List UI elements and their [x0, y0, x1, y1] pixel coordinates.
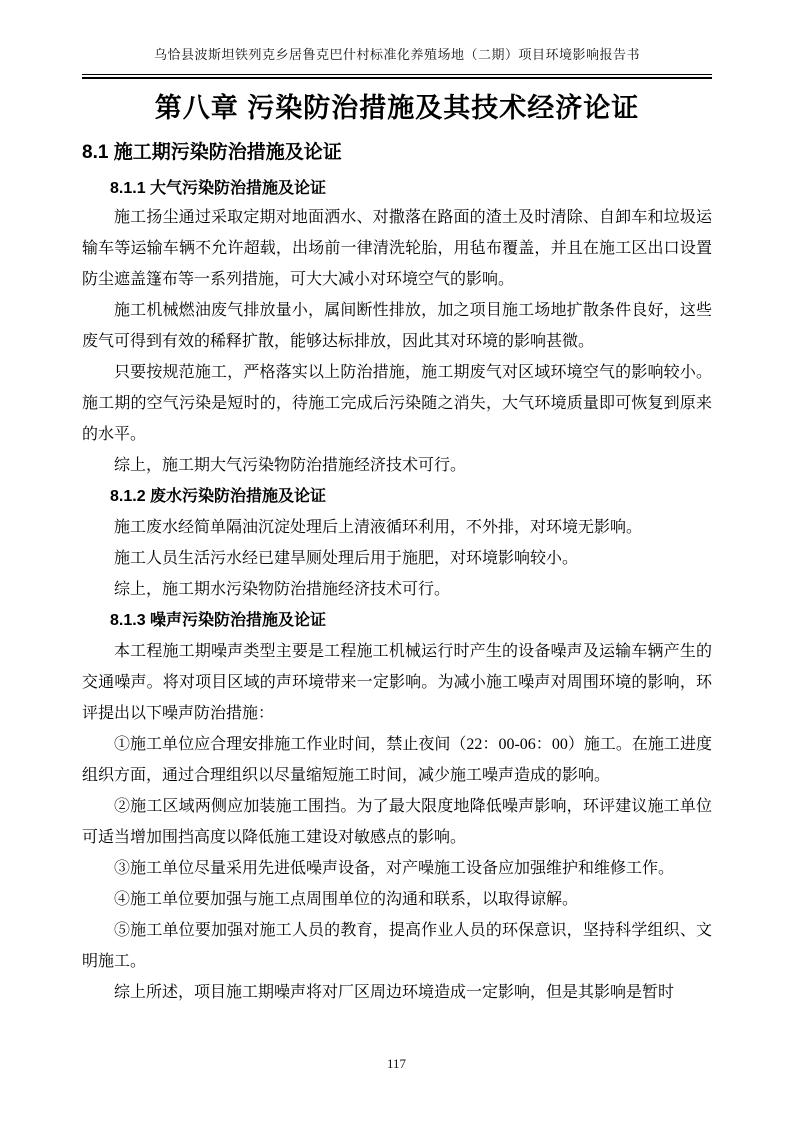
- body-paragraph: 施工扬尘通过采取定期对地面洒水、对撒落在路面的渣土及时清除、自卸车和垃圾运输车等…: [82, 202, 712, 295]
- subsection-heading-8-1-3: 8.1.3 噪声污染防治措施及论证: [110, 605, 712, 636]
- body-paragraph: 本工程施工期噪声类型主要是工程施工机械运行时产生的设备噪声及运输车辆产生的交通噪…: [82, 636, 712, 729]
- page-header: 乌恰县波斯坦铁列克乡居鲁克巴什村标准化养殖场地（二期）项目环境影响报告书: [82, 0, 712, 63]
- section-heading-8-1: 8.1 施工期污染防治措施及论证: [82, 140, 712, 166]
- body-paragraph-item-3: ③施工单位尽量采用先进低噪声设备，对产噪施工设备应加强维护和维修工作。: [82, 853, 712, 884]
- body-paragraph: 综上，施工期大气污染物防治措施经济技术可行。: [82, 450, 712, 481]
- chapter-title: 第八章 污染防治措施及其技术经济论证: [82, 90, 712, 126]
- document-page: 乌恰县波斯坦铁列克乡居鲁克巴什村标准化养殖场地（二期）项目环境影响报告书 第八章…: [0, 0, 793, 1122]
- subsection-heading-8-1-2: 8.1.2 废水污染防治措施及论证: [110, 481, 712, 512]
- page-number: 117: [387, 1056, 406, 1071]
- body-paragraph: 施工废水经简单隔油沉淀处理后上清液循环利用，不外排，对环境无影响。: [82, 512, 712, 543]
- header-double-rule: [82, 74, 712, 79]
- body-paragraph-item-2: ②施工区域两侧应加装施工围挡。为了最大限度地降低噪声影响，环评建议施工单位可适当…: [82, 791, 712, 853]
- body-paragraph: 只要按规范施工，严格落实以上防治措施，施工期废气对区域环境空气的影响较小。施工期…: [82, 357, 712, 450]
- body-paragraph-item-5: ⑤施工单位要加强对施工人员的教育，提高作业人员的环保意识，坚持科学组织、文明施工…: [82, 915, 712, 977]
- body-paragraph: 综上，施工期水污染物防治措施经济技术可行。: [82, 574, 712, 605]
- document-body: 8.1 施工期污染防治措施及论证 8.1.1 大气污染防治措施及论证 施工扬尘通…: [82, 140, 712, 1008]
- body-paragraph: 施工机械燃油废气排放量小，属间断性排放，加之项目施工场地扩散条件良好，这些废气可…: [82, 295, 712, 357]
- body-paragraph-item-1: ①施工单位应合理安排施工作业时间，禁止夜间（22：00-06：00）施工。在施工…: [82, 729, 712, 791]
- document-content-area: 乌恰县波斯坦铁列克乡居鲁克巴什村标准化养殖场地（二期）项目环境影响报告书 第八章…: [0, 0, 793, 1008]
- body-paragraph-item-4: ④施工单位要加强与施工点周围单位的沟通和联系，以取得谅解。: [82, 884, 712, 915]
- header-report-title: 乌恰县波斯坦铁列克乡居鲁克巴什村标准化养殖场地（二期）项目环境影响报告书: [154, 47, 640, 62]
- body-paragraph: 施工人员生活污水经已建旱厕处理后用于施肥，对环境影响较小。: [82, 543, 712, 574]
- body-paragraph: 综上所述，项目施工期噪声将对厂区周边环境造成一定影响，但是其影响是暂时: [82, 977, 712, 1008]
- page-footer: 117: [0, 1056, 793, 1072]
- subsection-heading-8-1-1: 8.1.1 大气污染防治措施及论证: [110, 176, 712, 202]
